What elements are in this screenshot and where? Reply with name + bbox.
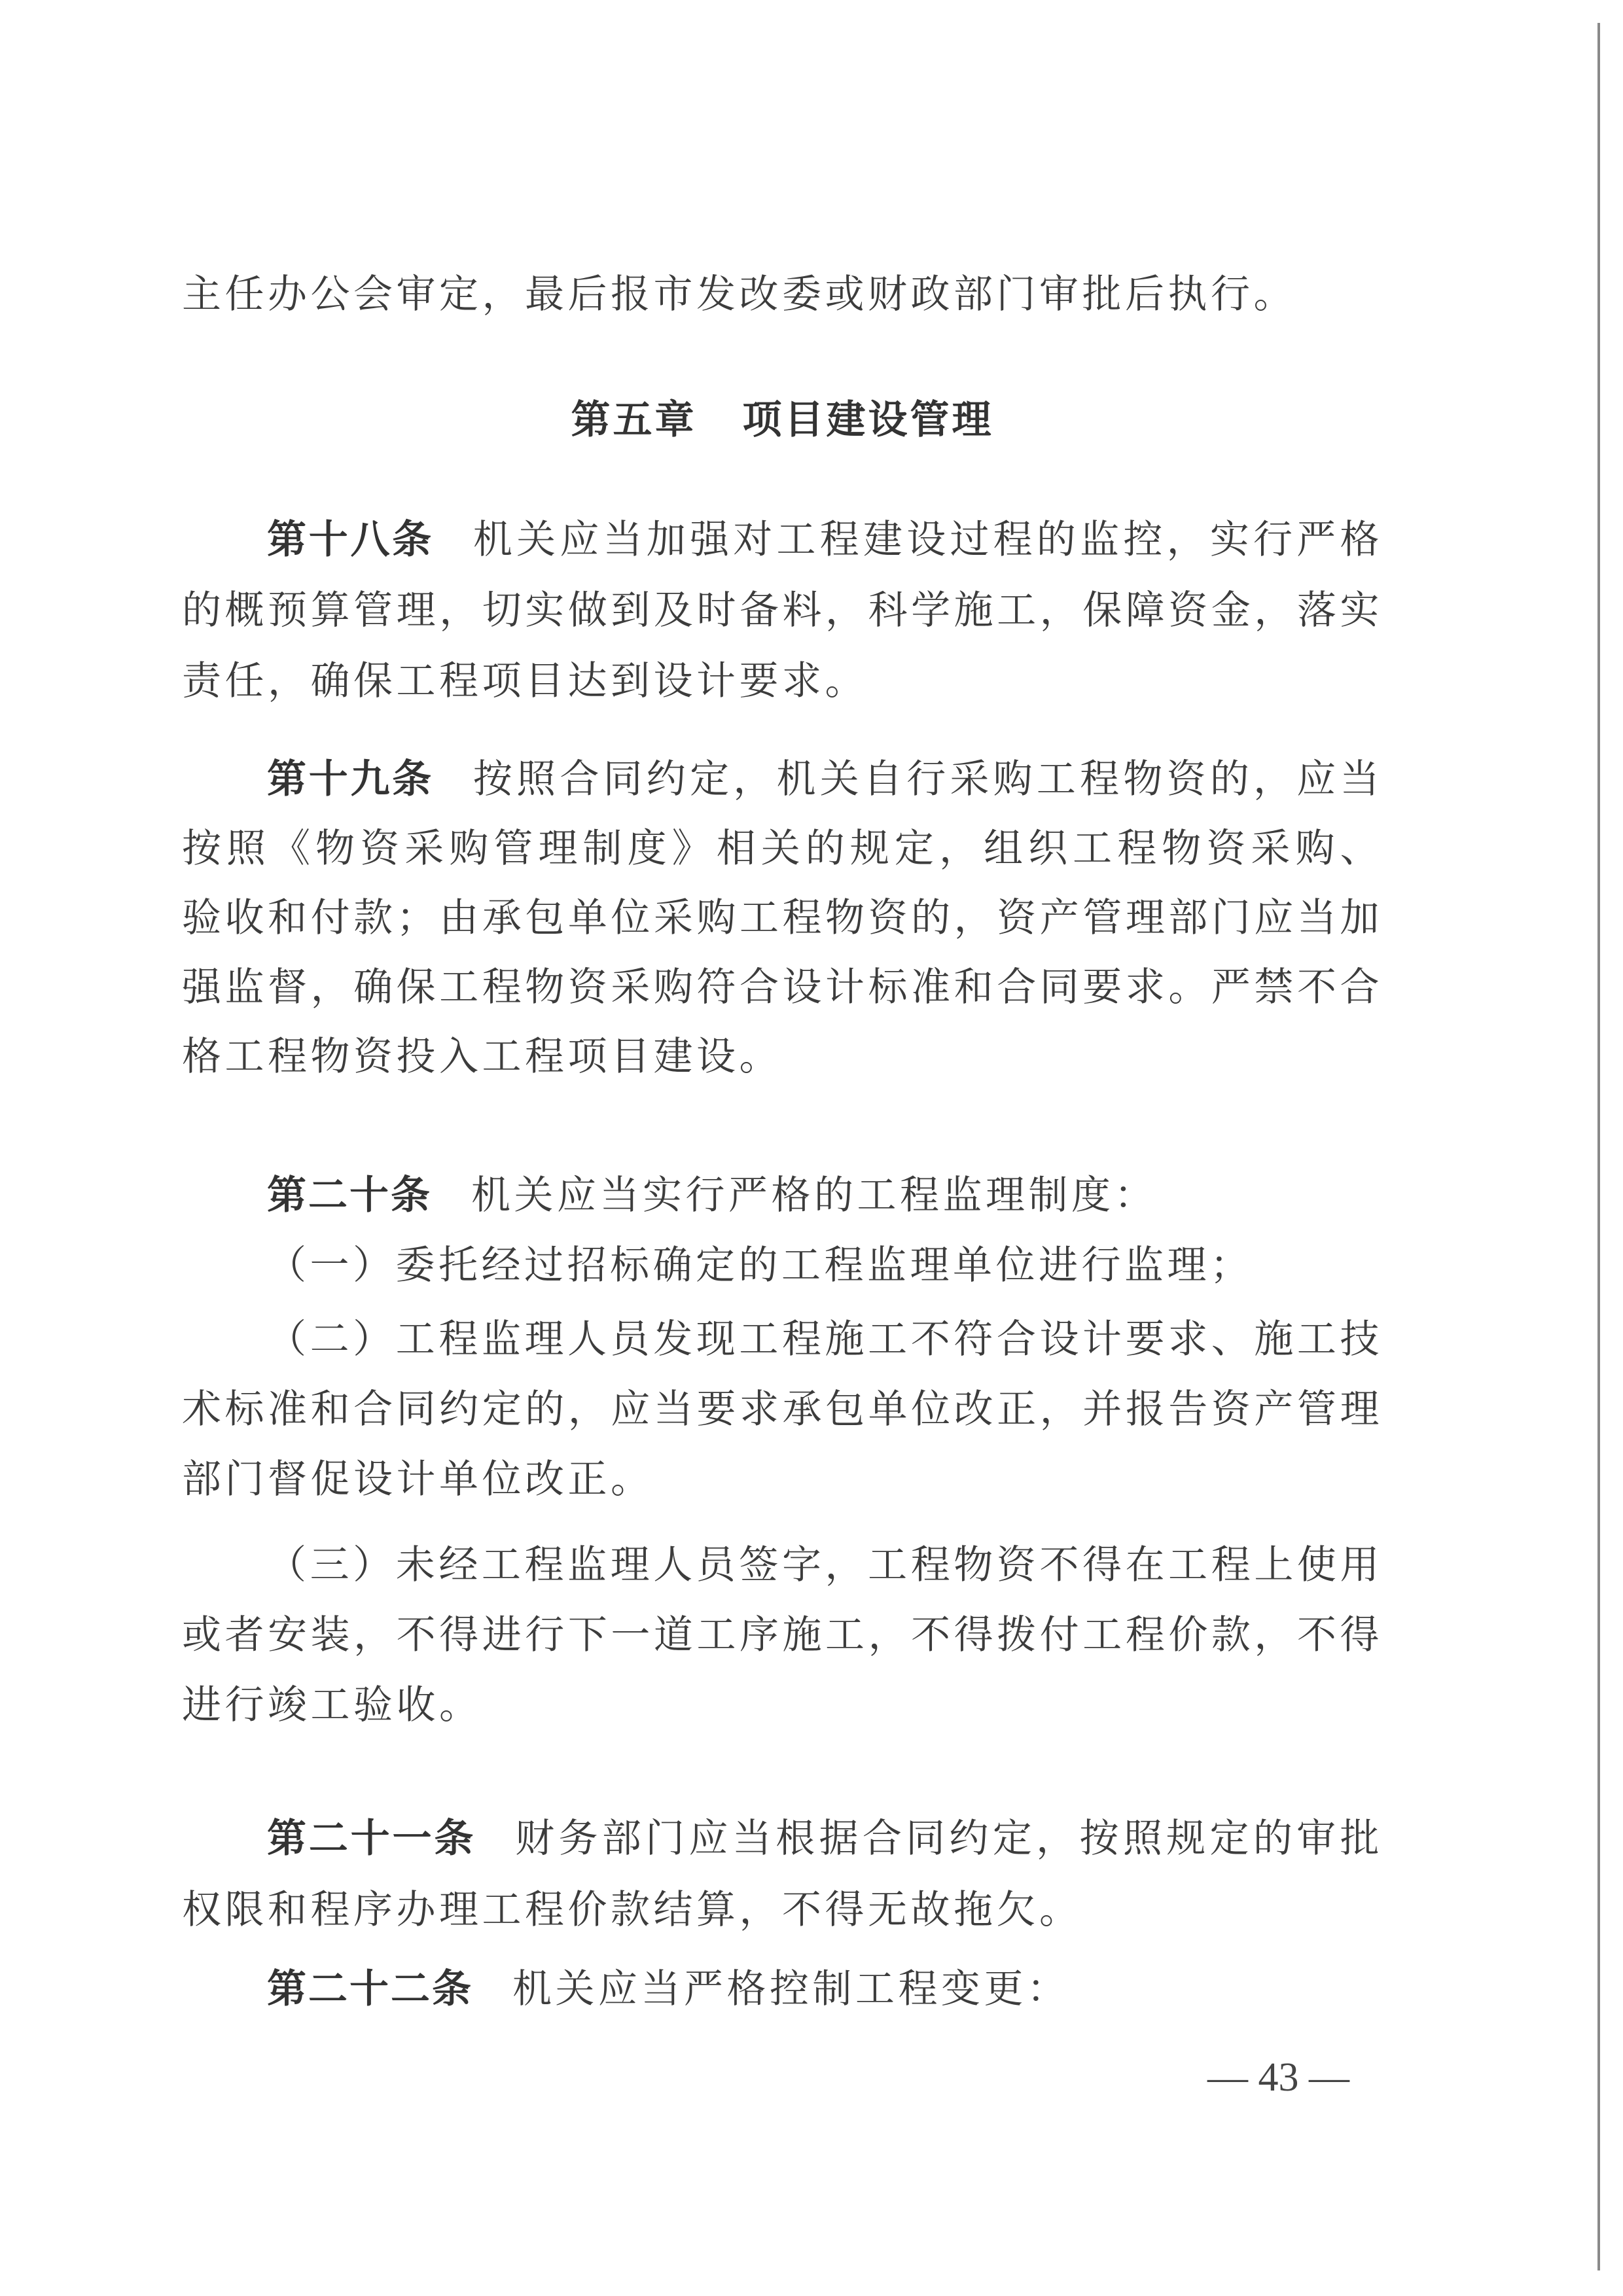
article-19-line-2: 按照《物资采购管理制度》相关的规定，组织工程物资采购、 [182, 813, 1383, 884]
article-21-line-2: 权限和程序办理工程价款结算，不得无故拖欠。 [182, 1875, 1383, 1945]
article-19-line-3: 验收和付款；由承包单位采购工程物资的，资产管理部门应当加 [182, 883, 1383, 953]
article-19-line-4: 强监督，确保工程物资采购符合设计标准和合同要求。严禁不合 [182, 952, 1383, 1023]
chapter-title: 项目建设管理 [743, 397, 994, 443]
article-19-line-5: 格工程物资投入工程项目建设。 [182, 1021, 1383, 1092]
article-text: 财务部门应当根据合同约定，按照规定的审批 [515, 1816, 1383, 1862]
article-20-line-1: 第二十条机关应当实行严格的工程监理制度： [182, 1160, 1383, 1231]
article-20-item-2-line-1: （二）工程监理人员发现工程施工不符合设计要求、施工技 [182, 1304, 1383, 1375]
article-20-item-1-line-1: （一）委托经过招标确定的工程监理单位进行监理； [182, 1230, 1383, 1301]
chapter-heading: 第五章项目建设管理 [182, 385, 1383, 455]
article-label: 第十八条 [267, 517, 434, 563]
page-number: — 43 — [1207, 2055, 1349, 2101]
article-20-item-2-line-3: 部门督促设计单位改正。 [182, 1444, 1383, 1515]
article-label: 第十九条 [267, 756, 434, 802]
paragraph-continuation: 主任办公会审定，最后报市发改委或财政部门审批后执行。 [182, 259, 1383, 330]
article-20-item-2-line-2: 术标准和合同约定的，应当要求承包单位改正，并报告资产管理 [182, 1374, 1383, 1445]
article-18-line-3: 责任，确保工程项目达到设计要求。 [182, 646, 1383, 716]
article-20-item-3-line-1: （三）未经工程监理人员签字，工程物资不得在工程上使用 [182, 1530, 1383, 1600]
article-18-line-2: 的概预算管理，切实做到及时备料，科学施工，保障资金，落实 [182, 575, 1383, 646]
article-label: 第二十一条 [267, 1816, 476, 1862]
article-label: 第二十条 [267, 1173, 432, 1218]
article-18-line-1: 第十八条机关应当加强对工程建设过程的监控，实行严格 [182, 504, 1383, 575]
article-20-item-3-line-3: 进行竣工验收。 [182, 1670, 1383, 1740]
article-text: 机关应当实行严格的工程监理制度： [471, 1173, 1157, 1218]
chapter-number: 第五章 [571, 397, 697, 443]
article-22-line-1: 第二十二条机关应当严格控制工程变更： [182, 1954, 1383, 2024]
article-text: 机关应当严格控制工程变更： [512, 1966, 1070, 2012]
article-21-line-1: 第二十一条财务部门应当根据合同约定，按照规定的审批 [182, 1803, 1383, 1874]
article-label: 第二十二条 [267, 1966, 473, 2012]
article-text: 机关应当加强对工程建设过程的监控，实行严格 [473, 517, 1383, 563]
article-19-line-1: 第十九条按照合同约定，机关自行采购工程物资的，应当 [182, 744, 1383, 815]
article-text: 按照合同约定，机关自行采购工程物资的，应当 [473, 756, 1383, 802]
article-20-item-3-line-2: 或者安装，不得进行下一道工序施工，不得拨付工程价款，不得 [182, 1600, 1383, 1670]
page-edge-rule [1597, 23, 1600, 2270]
